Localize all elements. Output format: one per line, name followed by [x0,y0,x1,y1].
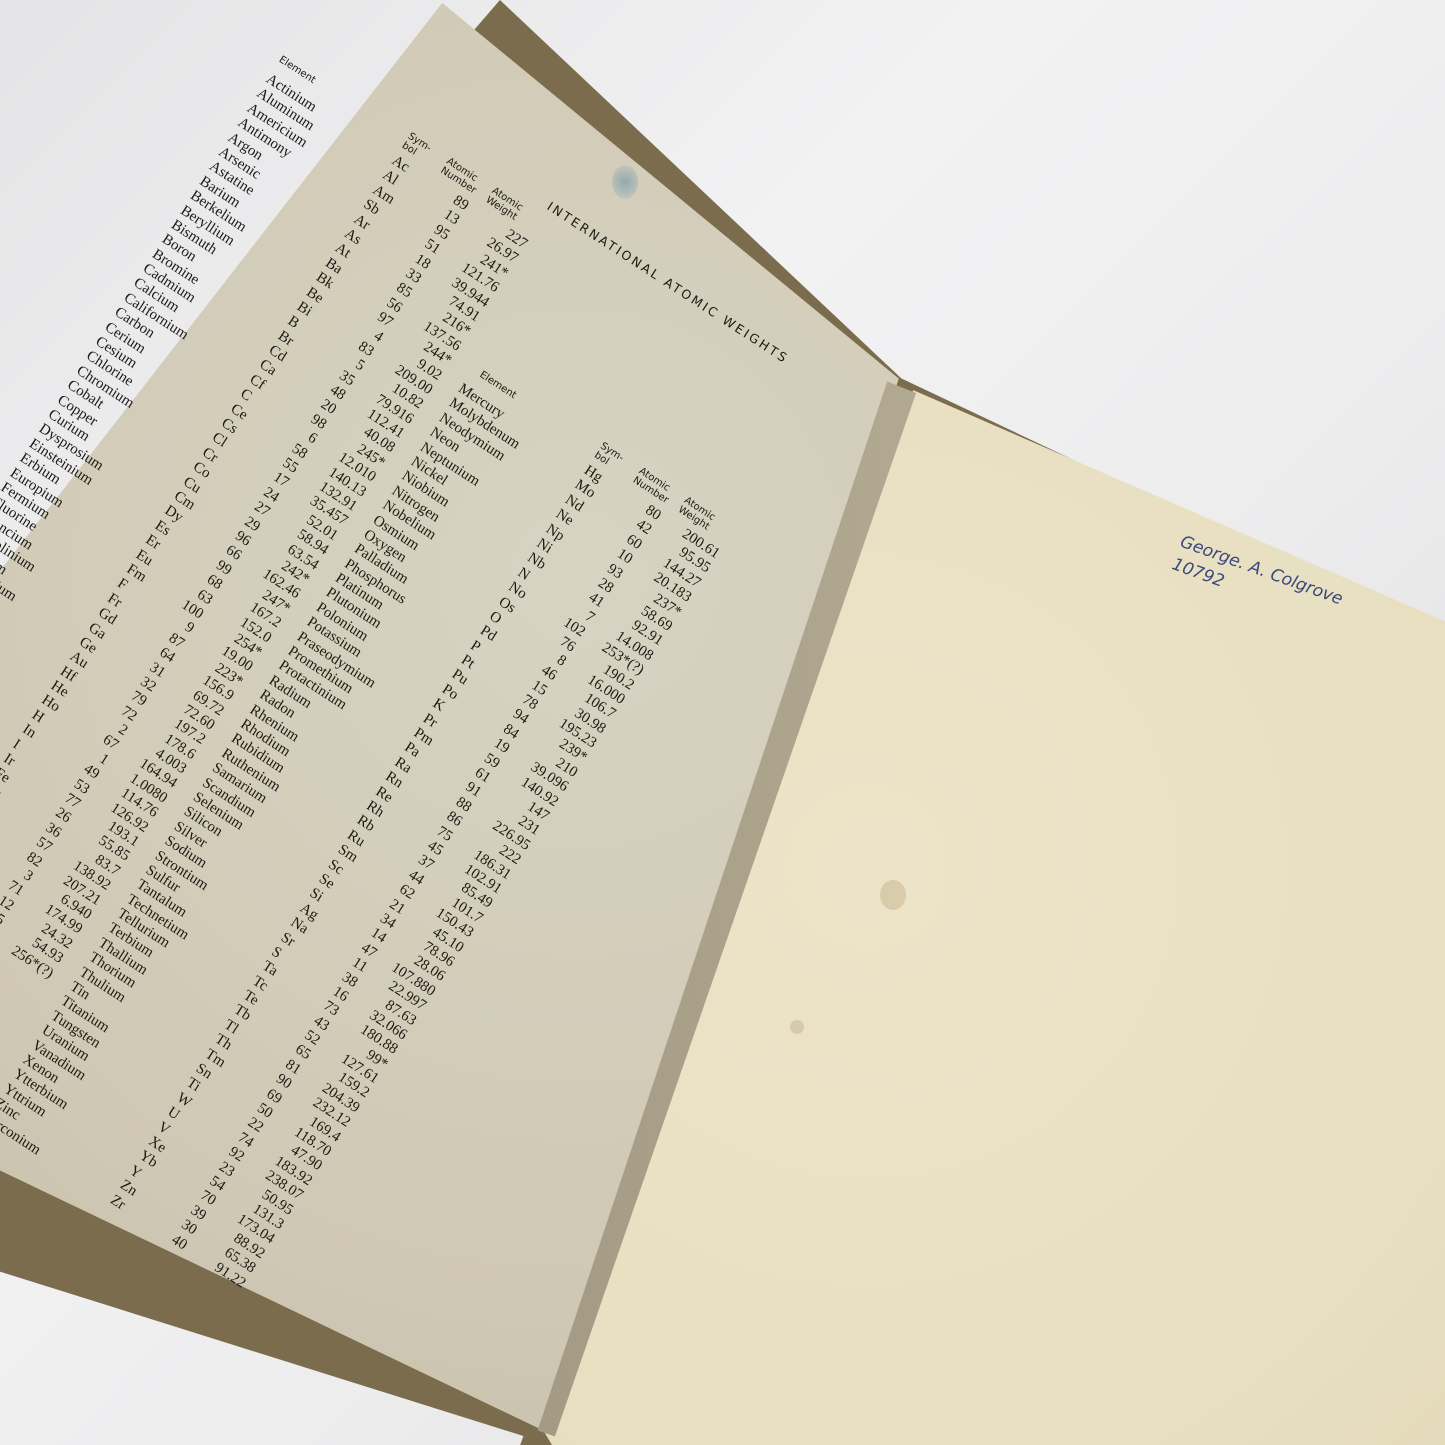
page-stain [790,1020,804,1034]
page-stain [880,880,906,910]
photo-scene: INTERNATIONAL ATOMIC WEIGHTS Element Sym… [0,0,1445,1445]
ink-stain [612,165,638,199]
